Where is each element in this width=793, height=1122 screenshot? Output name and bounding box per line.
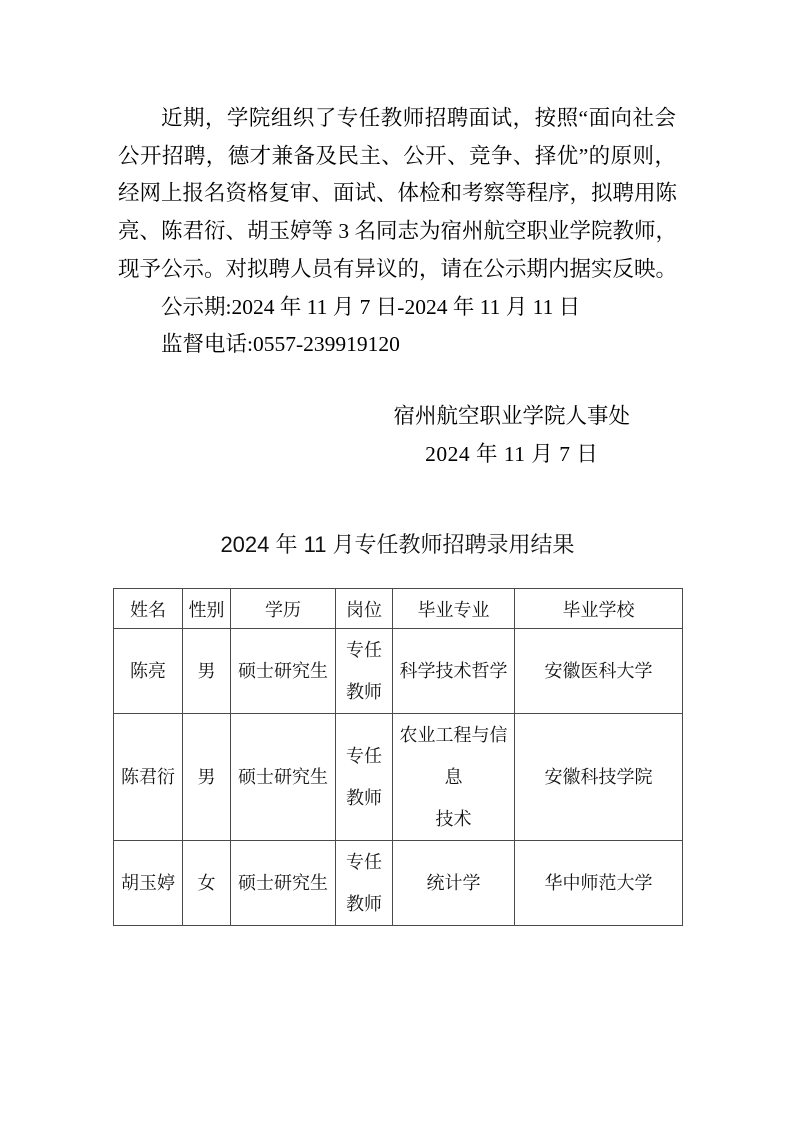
cell-major: 统计学 (393, 841, 515, 926)
announcement-paragraph: 近期，学院组织了专任教师招聘面试，按照“面向社会 公开招聘，德才兼备及民主、公开… (118, 100, 676, 364)
supervision-phone-line: 监督电话:0557-239919120 (118, 326, 676, 364)
cell-position: 专任 教师 (336, 841, 393, 926)
paragraph-line: 亮、陈君衍、胡玉婷等 3 名同志为宿州航空职业学院教师， (118, 213, 676, 251)
cell-school: 安徽科技学院 (515, 714, 683, 841)
recruitment-results-table: 姓名 性别 学历 岗位 毕业专业 毕业学校 陈亮 男 硕士研究生 专任 教师 科… (113, 588, 683, 926)
document-page: 近期，学院组织了专任教师招聘面试，按照“面向社会 公开招聘，德才兼备及民主、公开… (0, 0, 793, 1122)
paragraph-line: 现予公示。对拟聘人员有异议的，请在公示期内据实反映。 (118, 251, 676, 289)
table-row: 陈亮 男 硕士研究生 专任 教师 科学技术哲学 安徽医科大学 (114, 629, 683, 714)
column-header-gender: 性别 (183, 589, 231, 629)
column-header-position: 岗位 (336, 589, 393, 629)
cell-degree: 硕士研究生 (231, 841, 336, 926)
signature-block: 宿州航空职业学院人事处 2024 年 11 月 7 日 (393, 397, 630, 473)
cell-position: 专任 教师 (336, 714, 393, 841)
paragraph-line: 经网上报名资格复审、面试、体检和考察等程序，拟聘用陈 (118, 175, 676, 213)
cell-gender: 男 (183, 629, 231, 714)
column-header-school: 毕业学校 (515, 589, 683, 629)
signature-organization: 宿州航空职业学院人事处 (393, 397, 630, 435)
cell-gender: 女 (183, 841, 231, 926)
cell-degree: 硕士研究生 (231, 714, 336, 841)
table-header-row: 姓名 性别 学历 岗位 毕业专业 毕业学校 (114, 589, 683, 629)
cell-school: 华中师范大学 (515, 841, 683, 926)
paragraph-line: 公开招聘，德才兼备及民主、公开、竞争、择优”的原则， (118, 138, 676, 176)
table-row: 胡玉婷 女 硕士研究生 专任 教师 统计学 华中师范大学 (114, 841, 683, 926)
cell-major: 科学技术哲学 (393, 629, 515, 714)
column-header-name: 姓名 (114, 589, 183, 629)
cell-major: 农业工程与信息 技术 (393, 714, 515, 841)
cell-name: 陈亮 (114, 629, 183, 714)
paragraph-line: 近期，学院组织了专任教师招聘面试，按照“面向社会 (118, 100, 676, 138)
notice-period-line: 公示期:2024 年 11 月 7 日-2024 年 11 月 11 日 (118, 289, 676, 327)
table-row: 陈君衍 男 硕士研究生 专任 教师 农业工程与信息 技术 安徽科技学院 (114, 714, 683, 841)
cell-degree: 硕士研究生 (231, 629, 336, 714)
results-table-title: 2024 年 11 月专任教师招聘录用结果 (113, 528, 682, 562)
cell-school: 安徽医科大学 (515, 629, 683, 714)
cell-gender: 男 (183, 714, 231, 841)
column-header-degree: 学历 (231, 589, 336, 629)
cell-name: 胡玉婷 (114, 841, 183, 926)
signature-date: 2024 年 11 月 7 日 (393, 435, 630, 473)
cell-position: 专任 教师 (336, 629, 393, 714)
column-header-major: 毕业专业 (393, 589, 515, 629)
cell-name: 陈君衍 (114, 714, 183, 841)
